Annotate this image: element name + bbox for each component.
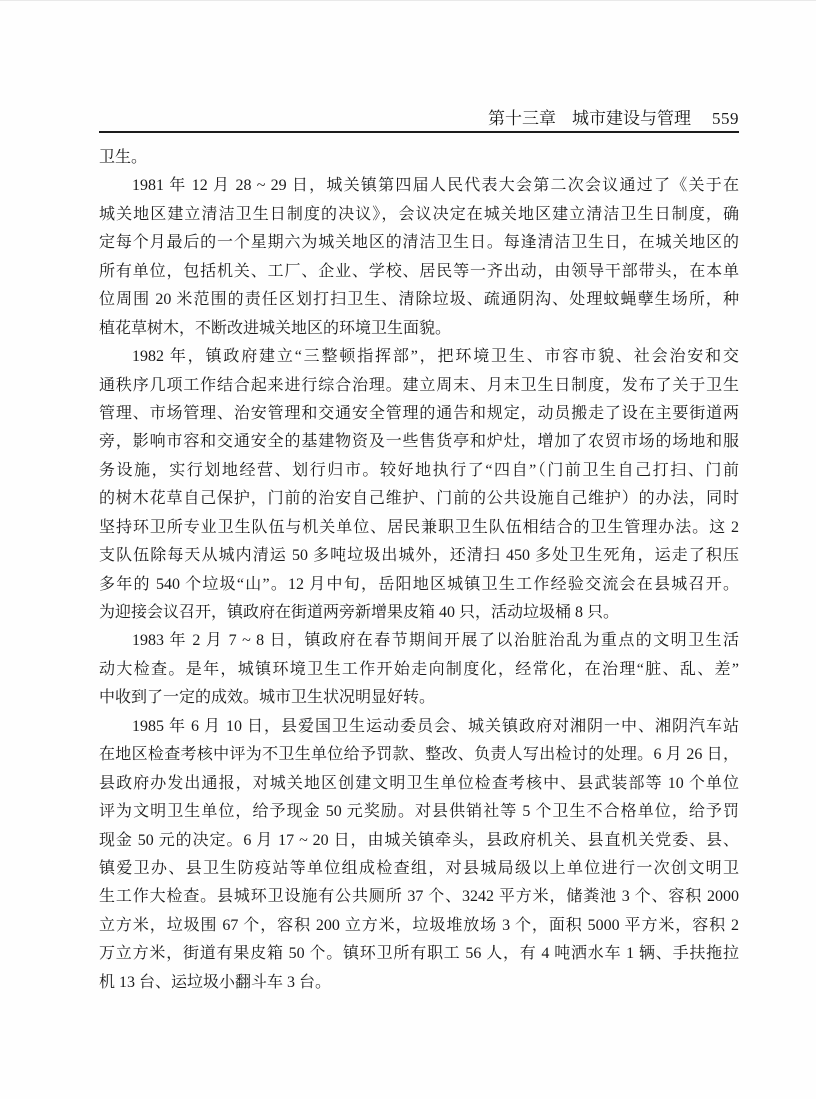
text-line: 坚持环卫所专业卫生队伍与机关单位、居民兼职卫生队伍相结合的卫生管理办法。这 2 [99, 514, 739, 542]
text-line: 为迎接会议召开，镇政府在街道两旁新增果皮箱 40 只，活动垃圾桶 8 只。 [99, 599, 739, 627]
body-text: 卫生。1981 年 12 月 28 ~ 29 日，城关镇第四届人民代表大会第二次… [99, 144, 739, 997]
page-top-edge [0, 0, 816, 1]
book-page: 第十三章城市建设与管理559 卫生。1981 年 12 月 28 ~ 29 日，… [0, 0, 816, 1099]
text-line: 县政府办发出通报，对城关地区创建文明卫生单位检查考核中、县武装部等 10 个单位 [99, 770, 739, 798]
text-line: 所有单位，包括机关、工厂、企业、学校、居民等一齐出动，由领导干部带头，在本单 [99, 258, 739, 286]
paragraph: 1985 年 6 月 10 日，县爱国卫生运动委员会、城关镇政府对湘阴一中、湘阴… [99, 713, 739, 997]
text-line: 动大检查。是年，城镇环境卫生工作开始走向制度化，经常化，在治理“脏、乱、差” [99, 656, 739, 684]
paragraph: 1981 年 12 月 28 ~ 29 日，城关镇第四届人民代表大会第二次会议通… [99, 172, 739, 343]
text-line: 城关地区建立清洁卫生日制度的决议》，会议决定在城关地区建立清洁卫生日制度，确 [99, 201, 739, 229]
text-line: 镇爱卫办、县卫生防疫站等单位组成检查组，对县城局级以上单位进行一次创文明卫 [99, 855, 739, 883]
text-line: 万立方米，街道有果皮箱 50 个。镇环卫所有职工 56 人，有 4 吨洒水车 1… [99, 940, 739, 968]
paragraph: 卫生。 [99, 144, 739, 172]
text-line: 1985 年 6 月 10 日，县爱国卫生运动委员会、城关镇政府对湘阴一中、湘阴… [99, 713, 739, 741]
text-line: 通秩序几项工作结合起来进行综合治理。建立周末、月末卫生日制度，发布了关于卫生 [99, 372, 739, 400]
running-head: 第十三章城市建设与管理559 [99, 109, 739, 129]
chapter-label: 第十三章 [488, 109, 556, 128]
text-line: 旁，影响市容和交通安全的基建物资及一些售货亭和炉灶，增加了农贸市场的场地和服 [99, 428, 739, 456]
page-number: 559 [712, 109, 739, 128]
text-line: 1981 年 12 月 28 ~ 29 日，城关镇第四届人民代表大会第二次会议通… [99, 172, 739, 200]
text-line: 卫生。 [99, 144, 739, 172]
text-line: 1982 年，镇政府建立“三整顿指挥部”，把环境卫生、市容市貌、社会治安和交 [99, 343, 739, 371]
text-line: 评为文明卫生单位，给予现金 50 元奖励。对县供销社等 5 个卫生不合格单位，给… [99, 798, 739, 826]
text-line: 立方米，垃圾围 67 个，容积 200 立方米，垃圾堆放场 3 个，面积 500… [99, 912, 739, 940]
paragraph: 1982 年，镇政府建立“三整顿指挥部”，把环境卫生、市容市貌、社会治安和交通秩… [99, 343, 739, 627]
text-line: 支队伍除每天从城内清运 50 多吨垃圾出城外，还清扫 450 多处卫生死角，运走… [99, 542, 739, 570]
paragraph: 1983 年 2 月 7 ~ 8 日，镇政府在春节期间开展了以治脏治乱为重点的文… [99, 627, 739, 712]
text-line: 植花草树木，不断改进城关地区的环境卫生面貌。 [99, 315, 739, 343]
text-line: 机 13 台、运垃圾小翻斗车 3 台。 [99, 969, 739, 997]
text-line: 位周围 20 米范围的责任区划打扫卫生、清除垃圾、疏通阴沟、处理蚊蝇孽生场所，种 [99, 286, 739, 314]
header-rule [99, 131, 739, 133]
text-line: 务设施，实行划地经营、划行归市。较好地执行了“四自”（门前卫生自己打扫、门前 [99, 457, 739, 485]
text-line: 1983 年 2 月 7 ~ 8 日，镇政府在春节期间开展了以治脏治乱为重点的文… [99, 627, 739, 655]
text-line: 多年的 540 个垃圾“山”。12 月中旬，岳阳地区城镇卫生工作经验交流会在县城… [99, 571, 739, 599]
text-line: 在地区检查考核中评为不卫生单位给予罚款、整改、负责人写出检讨的处理。6 月 26… [99, 741, 739, 769]
text-line: 中收到了一定的成效。城市卫生状况明显好转。 [99, 684, 739, 712]
text-line: 管理、市场管理、治安管理和交通安全管理的通告和规定，动员搬走了设在主要街道两 [99, 400, 739, 428]
text-line: 生工作大检查。县城环卫设施有公共厕所 37 个、3242 平方米，储粪池 3 个… [99, 883, 739, 911]
section-title: 城市建设与管理 [572, 109, 691, 128]
text-line: 定每个月最后的一个星期六为城关地区的清洁卫生日。每逢清洁卫生日，在城关地区的 [99, 229, 739, 257]
text-line: 的树木花草自己保护，门前的治安自己维护、门前的公共设施自己维护）的办法，同时 [99, 485, 739, 513]
text-line: 现金 50 元的决定。6 月 17 ~ 20 日，由城关镇牵头，县政府机关、县直… [99, 827, 739, 855]
